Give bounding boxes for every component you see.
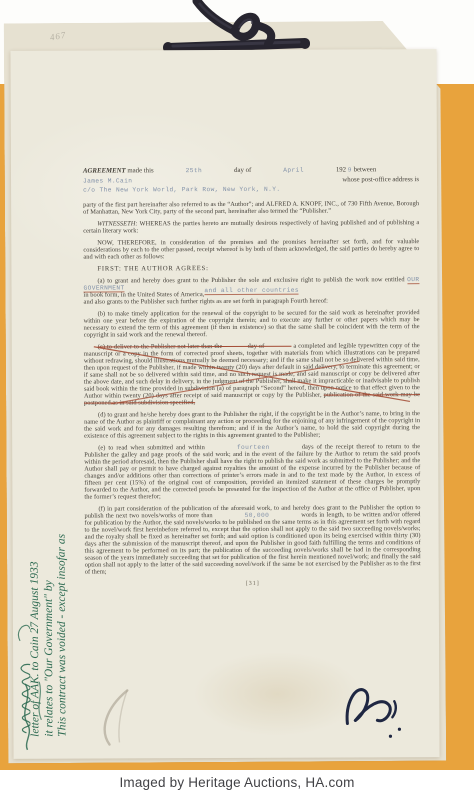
photo-canvas: 467 AGREEMENT made this25thday ofApril19… [0, 0, 474, 794]
now-therefore-paragraph: NOW, THEREFORE, in consideration of the … [83, 238, 419, 260]
contract-page: AGREEMENT made this25thday ofApril192 9 … [10, 49, 439, 759]
pencil-number: 467 [49, 30, 67, 43]
clause-e-paragraph: (e) to read when submitted and withinfou… [84, 443, 420, 500]
margin-note-line1: This contract was voided - except insofa… [55, 377, 70, 737]
address-label: whose post-office address is [342, 175, 419, 185]
witnesseth-paragraph: WITNESSETH: WHEREAS the parties hereto a… [83, 219, 419, 234]
parties-paragraph: party of the first part hereinafter also… [83, 200, 419, 215]
first-author-agrees-heading: FIRST: THE AUTHOR AGREES: [83, 264, 419, 272]
caption-text: Imaged by Heritage Auctions, HA.com [119, 775, 354, 790]
ink-initials [337, 679, 409, 743]
page-number-marker: [31] [85, 580, 421, 587]
clause-d-paragraph: (d) to grant and he/she hereby does gran… [84, 410, 420, 439]
author-name: James M.Cain [83, 176, 132, 186]
clause-b-paragraph: (b) to make timely application for the r… [84, 309, 420, 338]
clause-c-paragraph-struck: (c) to deliver to the Publisher not late… [84, 342, 420, 406]
pencil-mark [93, 686, 137, 748]
author-address: c/o The New York World, Park Row, New Yo… [83, 186, 280, 194]
green-ink-flourish [13, 680, 53, 755]
clause-a-paragraph: (a) to grant and hereby does grant to th… [83, 276, 419, 305]
caption-bar: Imaged by Heritage Auctions, HA.com [0, 770, 474, 794]
clause-f-paragraph: (f) in part consideration of the publica… [84, 504, 420, 575]
